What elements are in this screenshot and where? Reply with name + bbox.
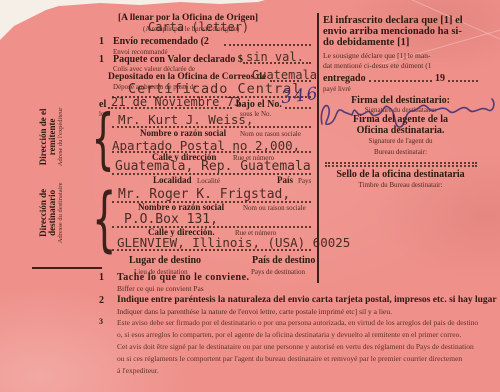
footnote-1-num: 1 (99, 272, 104, 283)
addressee-name-label-es: Nombre o razón social (138, 202, 224, 212)
dotted-line (243, 61, 311, 64)
dotted-line (112, 248, 311, 251)
destination-place-label-es: Lugar de destino (129, 255, 201, 266)
destination-country-label-es: País de destino (252, 255, 315, 266)
footnote-3-num: 3 (99, 317, 103, 326)
destination-country-label-fr: Pays de destination (251, 268, 305, 276)
dotted-line (285, 106, 311, 109)
footnote-3-line: Cet avis doit être signé par le destinat… (117, 341, 497, 353)
sender-side-label-es: Dirección de el remitente (39, 93, 58, 181)
agent-signature-label-fr-2: Bureau destinatair: (323, 148, 478, 156)
mail-nature-typed: Carta (letter) (148, 20, 249, 34)
sender-name-label-es: Nombre o razón social (140, 128, 226, 138)
addressee-brace: { (92, 184, 117, 254)
sender-country-label-fr: Pays (298, 177, 311, 185)
dotted-line (108, 106, 232, 109)
dotted-line (448, 79, 478, 82)
delivery-declaration: El infrascrito declara que [1] el envio … (323, 15, 479, 71)
addressee-name-label-fr: Nom ou raison sociale (243, 204, 306, 212)
sender-locality-label-es: Localidad (153, 175, 192, 185)
declaration-es-line: El infrascrito declara que [1] el (323, 15, 479, 26)
sender-name-label-fr: Nom ou rason sociale (240, 130, 301, 138)
footnote-3-line: á l'expediteur. (117, 365, 497, 377)
office-stamp-label-es: Sello de la oficina destinataria (323, 169, 478, 180)
torn-paper-corner (0, 0, 78, 40)
declaration-fr-line: Le sousigne déclare que [1] le man- (323, 51, 479, 61)
sender-locality-label-fr: Localité (197, 177, 220, 185)
delivered-row: entregado 19 (323, 73, 478, 84)
agent-signature-label-es-1: Firma del agente de la (323, 114, 478, 125)
dotted-line (224, 43, 311, 46)
declaration-es-line: envio arriba mencionado ha si- (323, 26, 479, 37)
footnote-3-line: Este aviso debe ser firmado por el desti… (117, 317, 497, 329)
agent-signature-label-fr-1: Signature de l'agent du (323, 137, 478, 145)
number-label-es: bajo el No. (236, 99, 282, 110)
office-stamp-label-fr: Timbre du Bureau destinatair: (323, 181, 478, 189)
addressee-side-label: Dirección de destinatario Adresse du des… (39, 169, 65, 257)
sender-country-label-es: País (277, 175, 293, 185)
footnote-3: Este aviso debe ser firmado por el desti… (117, 317, 497, 377)
footnote-ref: 1 (99, 36, 104, 47)
dotted-line (369, 79, 432, 82)
sender-side-label-fr: Adrese du l'expéditeur (58, 93, 65, 181)
registration-number-handwritten: 346 (280, 84, 321, 109)
footnote-2-num: 2 (99, 295, 104, 306)
declared-value-label-es: Paquete con Valor declarado $ (113, 54, 243, 65)
dotted-line (325, 164, 477, 167)
registered-label-es: Envío recomendado (2 (113, 36, 209, 47)
footnote-3-line: ou si ces réglaments le comportent par l… (117, 353, 497, 365)
torn-paper-edge (60, 0, 265, 7)
footnote-1-fr: Biffer ce qui ne convient Pas (117, 284, 204, 293)
delivered-label-es: entregado (323, 73, 366, 84)
footnote-ref: 1 (99, 54, 104, 65)
addressee-side-label-es: Dirección de destinatario (39, 169, 58, 257)
footnote-2-fr: Indiquer dans la parenthése la nature de… (117, 307, 392, 316)
footnote-2-es: Indique entre paréntesis la naturaleza d… (117, 295, 497, 305)
agent-signature-label-es-2: Oficina destinataria. (323, 125, 478, 136)
footnote-separator (32, 267, 102, 269)
footnote-3-line: o, si esos arreglos lo comparten, por el… (117, 329, 497, 341)
postal-advice-form: [A llenar por la Oficina de Origen] (A r… (0, 0, 500, 392)
declaration-es-line: do debidamente [1] (323, 37, 479, 48)
sender-side-label: Dirección de el remitente Adrese du l'ex… (39, 93, 65, 181)
addressee-side-label-fr: Adresse du destinataire (58, 169, 65, 257)
declaration-fr-line: dat mentioné ci-desus ete dúment (1 (323, 61, 479, 71)
year-label: 19 (435, 73, 445, 84)
footnote-1-es: Tache lo que no le conviene. (117, 272, 250, 283)
